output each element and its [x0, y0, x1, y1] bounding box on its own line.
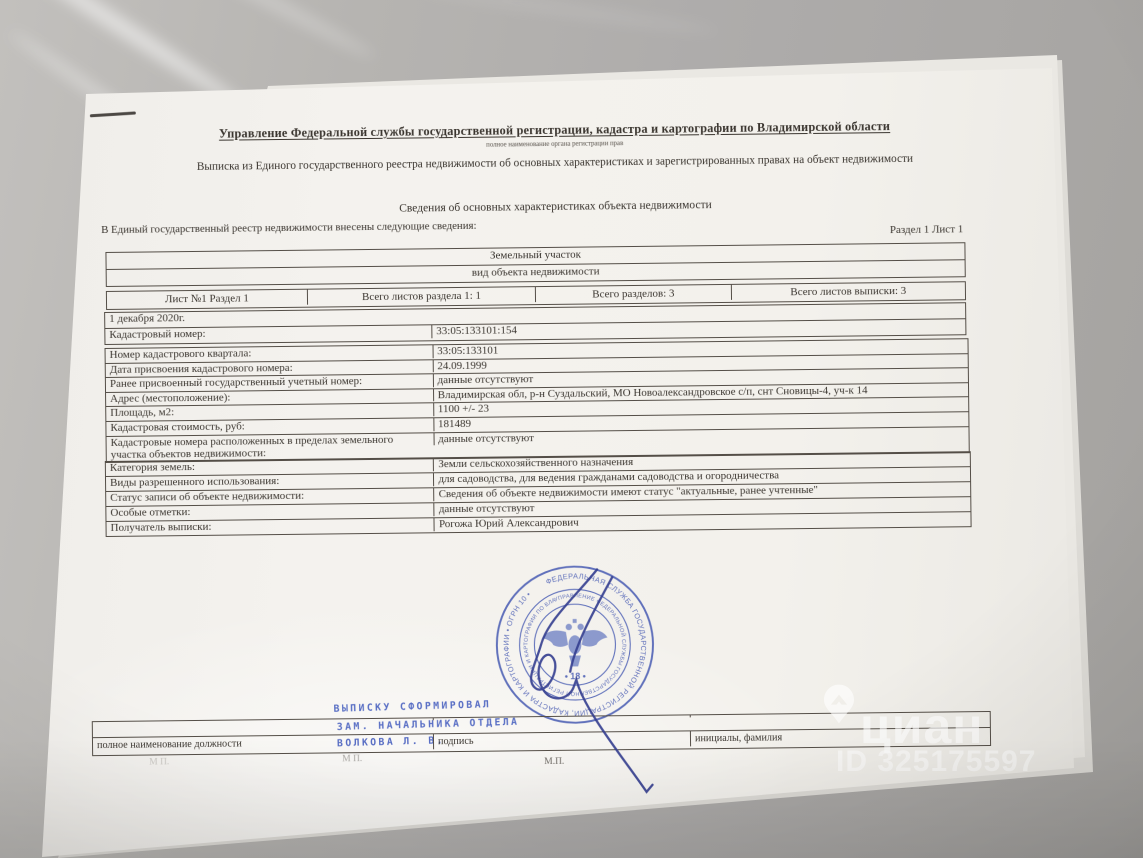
object-type-value: Земельный участок [486, 248, 585, 263]
staple [90, 111, 136, 117]
section-title: Сведения об основных характеристиках объ… [103, 196, 1008, 218]
date-cadastral-table: 1 декабря 2020г. Кадастровый номер: 33:0… [104, 302, 966, 345]
formed-by-stamp-text: ВЫПИСКУ СФОРМИРОВАЛ [333, 699, 491, 715]
initials-column-caption: инициалы, фамилия [690, 728, 990, 746]
empty-cell [93, 718, 433, 724]
object-type-caption: вид объекта недвижимости [468, 264, 604, 279]
row-label: Получатель выписки: [106, 518, 434, 534]
document-content: Управление Федеральной службы государств… [0, 0, 1143, 858]
photo-of-egrn-extract: Управление Федеральной службы государств… [0, 0, 1143, 858]
date-line: 1 декабря 2020г. [105, 312, 189, 326]
object-type-table: Земельный участок вид объекта недвижимос… [105, 242, 965, 287]
position-column-caption: полное наименование должности [93, 734, 433, 752]
sheet-cell: Лист №1 Раздел 1 [107, 290, 307, 307]
sheet-cell: Всего листов выписки: 3 [731, 282, 965, 299]
handwritten-signature [472, 548, 715, 811]
seal-place-mark: М П. [342, 754, 362, 764]
document-title: Выписка из Единого государственного реес… [97, 152, 1012, 174]
empty-cell [690, 712, 990, 717]
category-table: Категория земель: Земли сельскохозяйстве… [105, 451, 972, 537]
sheet-cell: Всего листов раздела 1: 1 [307, 287, 535, 304]
seal-place-mark: М П. [149, 757, 169, 767]
sheet-cell: Всего разделов: 3 [535, 285, 731, 302]
row-label: Кадастровый номер: [105, 325, 431, 341]
main-characteristics-table: Номер кадастрового квартала: 33:05:13310… [105, 338, 970, 463]
